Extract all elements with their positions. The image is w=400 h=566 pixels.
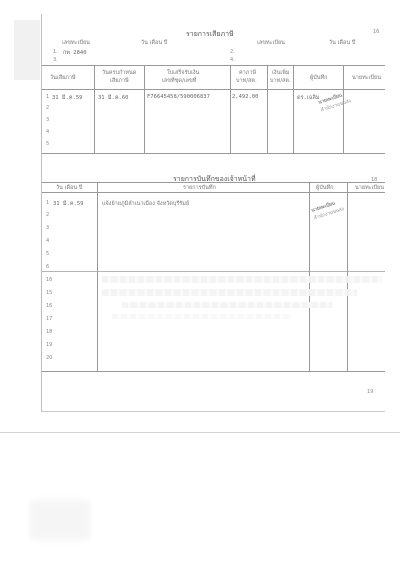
tax-row-recorder: ดร.เฉลิม xyxy=(297,94,319,102)
document-page: รายการเสียภาษี 16 เลขทะเบียน วัน เดือน ป… xyxy=(41,14,385,412)
bleed-through-text xyxy=(102,289,357,296)
notes-table-bottom-border xyxy=(42,371,385,372)
tax-col-divider xyxy=(293,65,294,153)
notes-table-fold-line xyxy=(42,271,385,272)
note-row-no: 20 xyxy=(46,355,52,361)
reg-row-no: 1. xyxy=(53,49,58,55)
note-row-no: 2 xyxy=(46,212,49,218)
reg-row-no: 4. xyxy=(230,57,235,63)
tax-row-no: 2 xyxy=(46,105,49,111)
col-header-recorder: ผู้บันทึก xyxy=(316,184,333,192)
note-row-no: 1 xyxy=(46,200,49,206)
notes-table-header-border xyxy=(42,192,385,193)
note-row-text: แจ้งย้ายภูมิลำเนาเมือง จังหวัดบุรีรัมย์ xyxy=(102,200,189,208)
tax-row-paid-date: 31 มี.ค.59 xyxy=(52,94,82,102)
col-header-surcharge-2: บาท/สต. xyxy=(270,77,291,85)
tax-col-divider xyxy=(343,65,344,153)
bleed-through-text xyxy=(102,276,382,283)
col-header-tax-2: บาท/สต. xyxy=(236,77,257,85)
tax-row-no: 1 xyxy=(46,94,49,100)
tax-row-amount: 2,492.00 xyxy=(232,94,259,100)
col-header-paid-date: วันเสียภาษี xyxy=(50,74,76,82)
notes-col-divider xyxy=(97,182,98,371)
col-header-recorder: ผู้บันทึก xyxy=(310,74,327,82)
tax-table-bottom-border xyxy=(42,153,385,154)
col-header-date: วัน เดือน ปี xyxy=(56,184,82,192)
note-row-no: 3 xyxy=(46,225,49,231)
col-header-tax-1: ค่าภาษี xyxy=(239,69,256,77)
tax-col-divider xyxy=(230,65,231,153)
bleed-through-text xyxy=(122,302,332,308)
reg-row-no: 3. xyxy=(53,57,58,63)
tax-row-no: 5 xyxy=(46,141,49,147)
tax-section-title: รายการเสียภาษี xyxy=(186,29,234,40)
col-header-due-date-2: เสียภาษี xyxy=(110,77,129,85)
page-marker-16: 16 xyxy=(373,29,379,35)
tax-col-divider xyxy=(144,65,145,153)
col-header-surcharge-1: เงินเพิ่ม xyxy=(272,69,289,77)
note-row-no: 15 xyxy=(46,290,52,296)
col-header-registrar: นายทะเบียน xyxy=(355,184,384,192)
reg-header-left-plate: เลขทะเบียน xyxy=(62,39,90,47)
bleed-through-text xyxy=(112,314,292,319)
tax-row-no: 4 xyxy=(46,129,49,135)
spacer xyxy=(56,182,57,371)
notes-table-top-border xyxy=(42,182,385,183)
binding-shadow xyxy=(14,20,40,80)
col-header-receipt-1: ใบเสร็จรับเงิน xyxy=(167,69,199,77)
col-header-registrar: นายทะเบียน xyxy=(352,74,381,82)
note-row-no: 16 xyxy=(46,303,52,309)
reg-header-right-date: วัน เดือน ปี xyxy=(329,39,355,47)
note-row-no: 18 xyxy=(46,329,52,335)
col-header-due-date-1: วันครบกำหนด xyxy=(102,69,136,77)
recorder-stamp: นายทะเบียนสำนักงานขนส่ง xyxy=(310,198,345,223)
note-row-no: 17 xyxy=(46,316,52,322)
tax-row-due-date: 31 มี.ค.60 xyxy=(98,94,128,102)
reg-row-no: 2. xyxy=(230,49,235,55)
tax-row-no: 3 xyxy=(46,117,49,123)
page-marker-19: 19 xyxy=(367,389,373,395)
note-row-no: 16 xyxy=(46,277,52,283)
col-header-note: รายการบันทึก xyxy=(183,184,216,192)
tax-col-divider xyxy=(267,65,268,153)
col-header-receipt-2: เลขที่ชุด/เลขที่ xyxy=(162,77,196,85)
scan-smudge xyxy=(30,500,90,540)
note-row-no: 4 xyxy=(46,238,49,244)
page-edge xyxy=(0,432,400,433)
tax-row-receipt: F76645458/590006837 xyxy=(147,94,210,100)
tax-col-divider xyxy=(94,65,95,153)
note-row-no: 5 xyxy=(46,251,49,257)
reg-row-plate: กพ 2840 xyxy=(63,49,87,57)
note-row-no: 6 xyxy=(46,264,49,270)
reg-header-left-date: วัน เดือน ปี xyxy=(141,39,167,47)
note-row-no: 19 xyxy=(46,342,52,348)
reg-header-right-plate: เลขทะเบียน xyxy=(257,39,285,47)
registrar-stamp: นายทะเบียนสำนักงานขนส่ง xyxy=(317,90,352,115)
note-row-date: 31 มี.ค.59 xyxy=(53,200,83,208)
